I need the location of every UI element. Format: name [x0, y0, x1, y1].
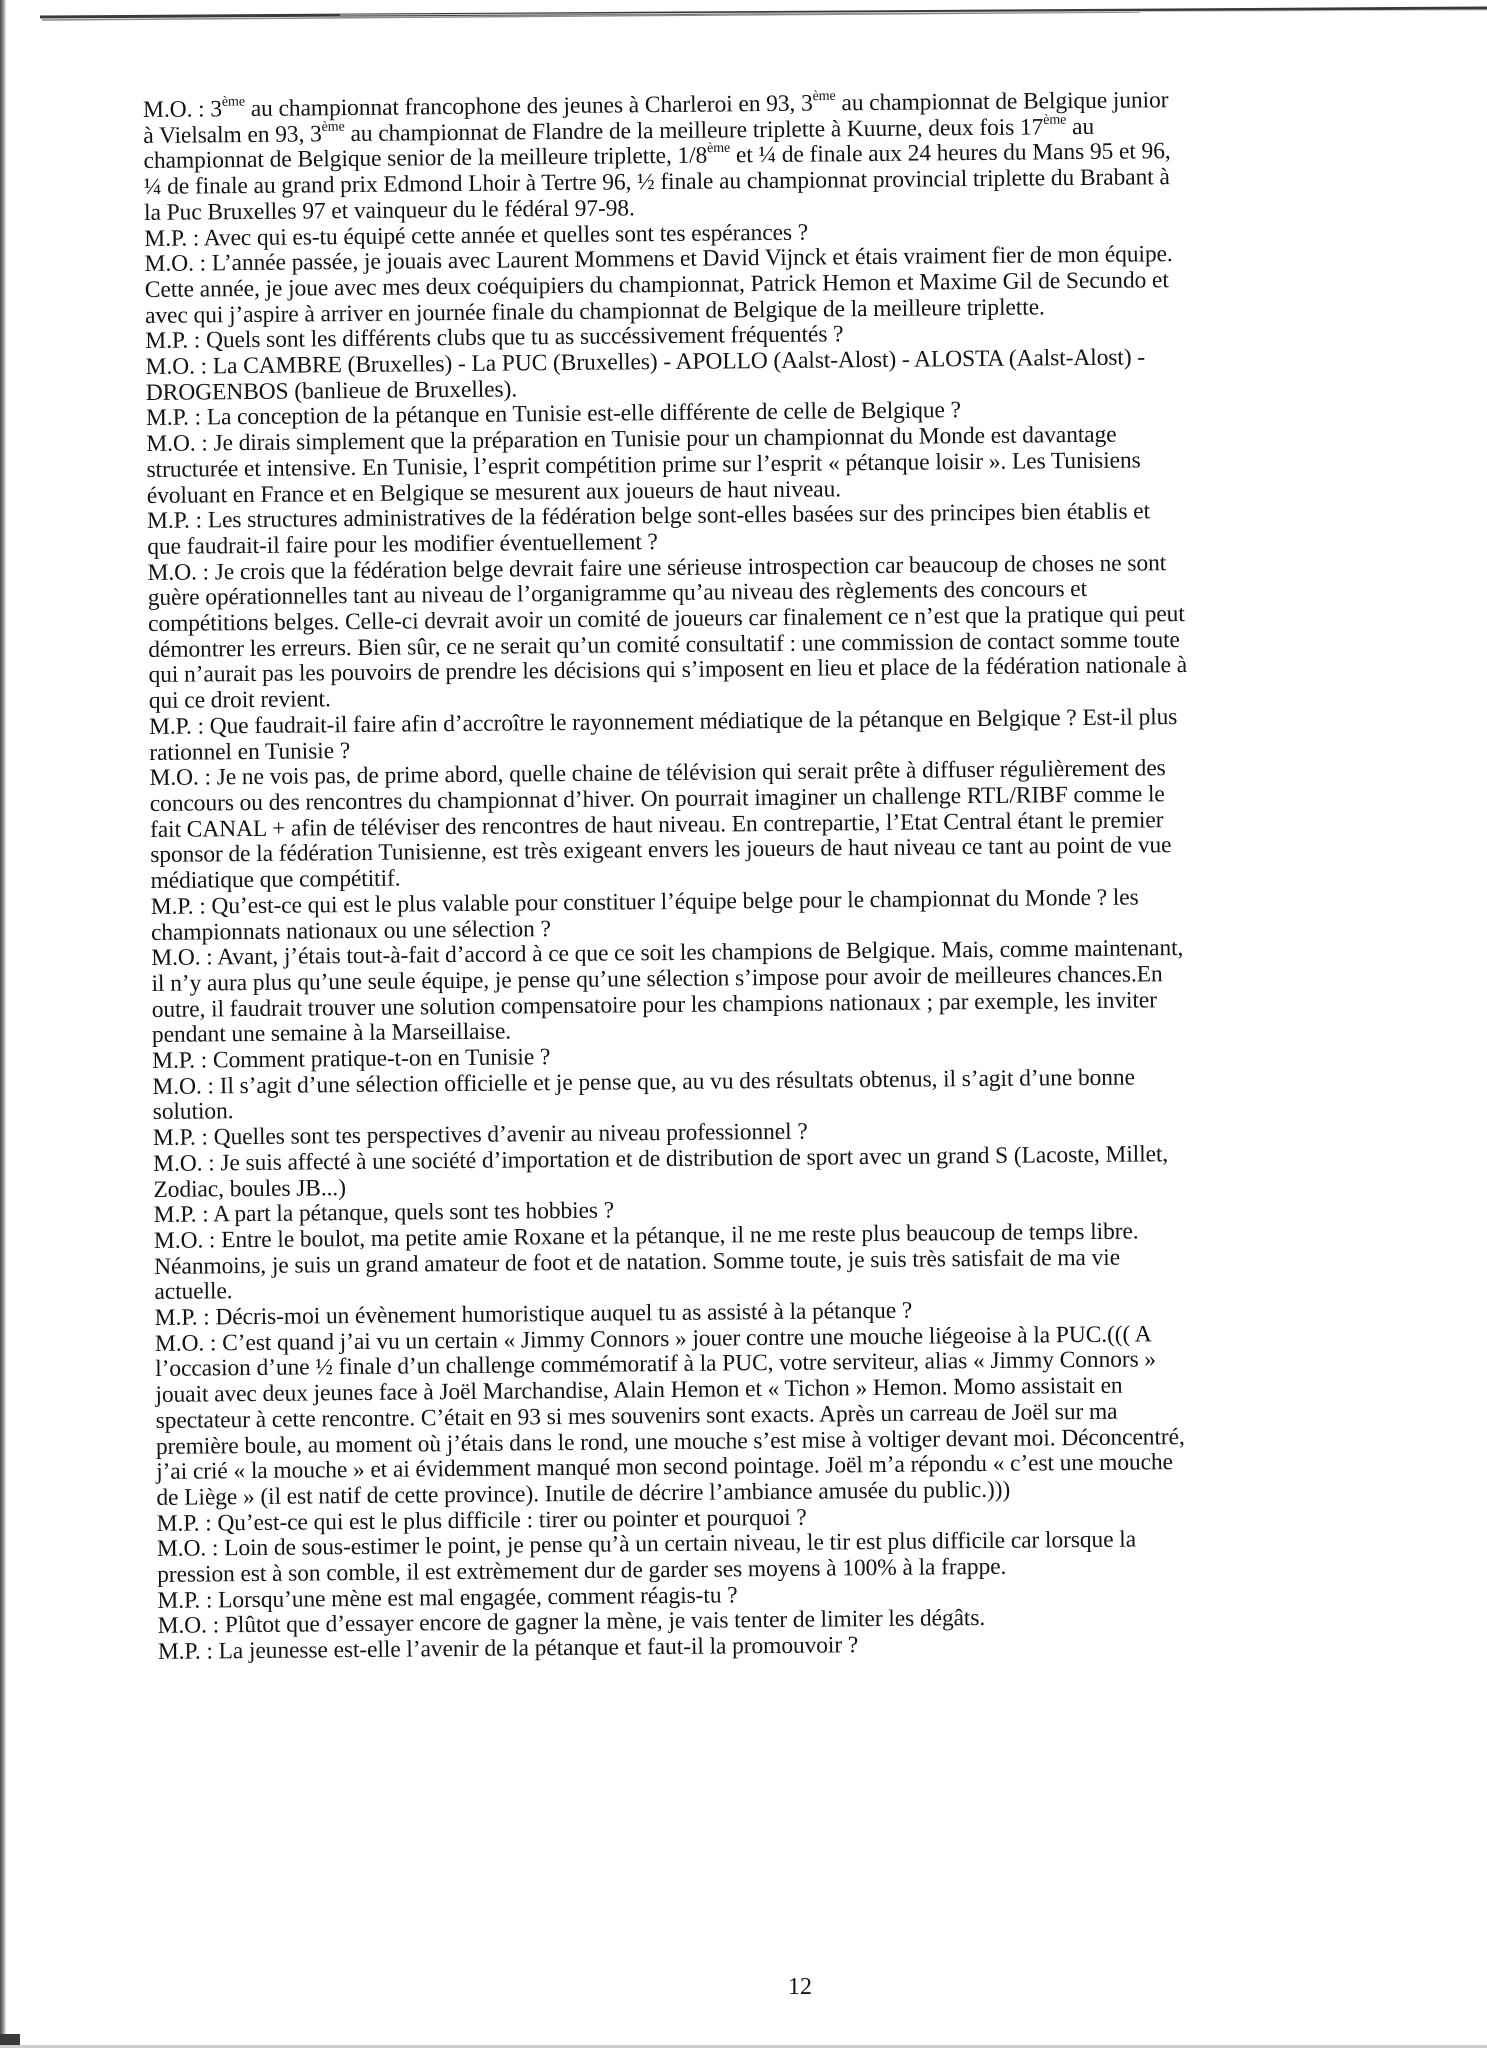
text-segment: rationnel en Tunisie ? — [149, 738, 350, 766]
text-segment: médiatique que compétitif. — [150, 866, 400, 894]
header-rule — [40, 6, 1487, 22]
scan-left-edge — [0, 0, 6, 2048]
text-segment: pendant une semaine à la Marseillaise. — [152, 1019, 511, 1048]
superscript: ème — [222, 95, 245, 110]
text-segment: au championnat de Belgique junior — [836, 87, 1169, 116]
text-segment: solution. — [153, 1099, 234, 1126]
text-segment: DROGENBOS (banlieue de Bruxelles). — [146, 376, 517, 406]
superscript: ème — [1043, 112, 1066, 127]
superscript: ème — [707, 141, 730, 156]
text-segment: M.P. : La jeunesse est-elle l’avenir de … — [158, 1632, 858, 1665]
text-segment: actuelle. — [154, 1279, 232, 1306]
page-number: 12 — [0, 1974, 1487, 2001]
text-segment: qui ce droit revient. — [149, 686, 331, 714]
superscript: ème — [322, 119, 345, 134]
text-segment: Zodiac, boules JB...) — [153, 1175, 346, 1203]
text-segment: à Vielsalm en 93, 3 — [143, 121, 322, 149]
document-body: M.O. : 3ème au championnat francophone d… — [143, 86, 1458, 1666]
text-segment: au — [1066, 114, 1094, 140]
superscript: ème — [813, 89, 836, 104]
text-segment: M.O. : 3 — [143, 96, 222, 123]
